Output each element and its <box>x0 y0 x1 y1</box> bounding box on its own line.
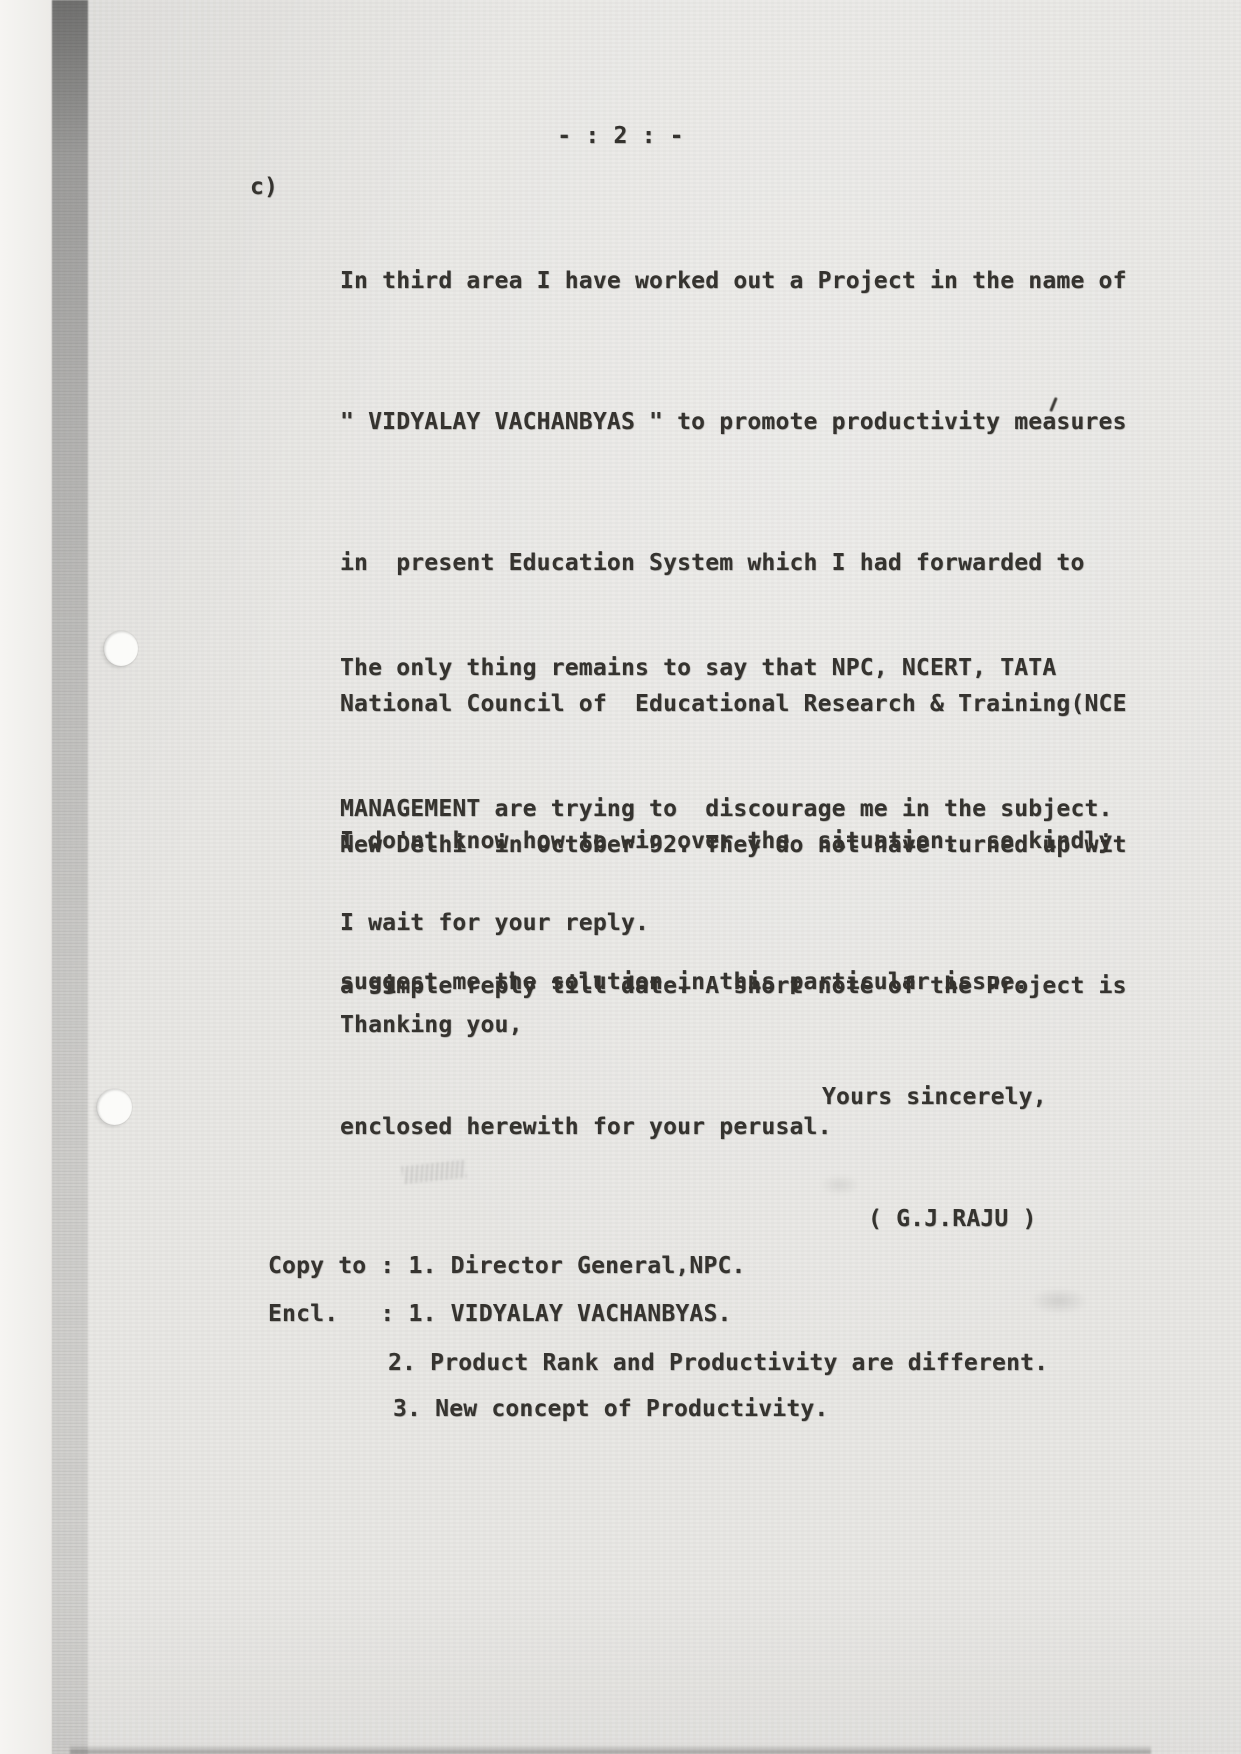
clause-line-2: " VIDYALAY VACHANBYAS " to promote produ… <box>340 399 1127 446</box>
enclosure-line: Encl. : 1. VIDYALAY VACHANBYAS. <box>268 1291 732 1338</box>
copy-to-line: Copy to : 1. Director General,NPC. <box>268 1243 746 1290</box>
binding-edge-shadow <box>52 0 88 1754</box>
punch-hole-top <box>104 631 138 666</box>
closing-thanks: Thanking you, <box>340 1002 523 1049</box>
clause-label: c) <box>250 164 278 211</box>
enclosure-item-2: 2. Product Rank and Productivity are dif… <box>388 1340 1048 1387</box>
enclosure-item-3: 3. New concept of Productivity. <box>393 1386 828 1433</box>
paper-smudge-faint <box>820 1175 860 1195</box>
scan-left-margin <box>0 0 52 1754</box>
signatory-name: ( G.J.RAJU ) <box>868 1196 1037 1243</box>
clause-line-1: In third area I have worked out a Projec… <box>340 258 1127 305</box>
paper-smudge <box>1030 1288 1088 1314</box>
closing-sincerely: Yours sincerely, <box>822 1074 1047 1121</box>
page-number: - : 2 : - <box>0 113 1241 160</box>
page-bottom-edge <box>70 1745 1151 1754</box>
situation-line-2: suggest me the solution in this particul… <box>340 959 1113 1006</box>
paragraph-wait: I wait for your reply. <box>340 900 649 947</box>
situation-line-1: I do'nt know how to win over the situati… <box>340 818 1113 865</box>
punch-hole-bottom <box>97 1089 132 1125</box>
discourage-line-1: The only thing remains to say that NPC, … <box>340 645 1113 692</box>
scanned-letter-page: - : 2 : - c) In third area I have worked… <box>0 0 1241 1754</box>
